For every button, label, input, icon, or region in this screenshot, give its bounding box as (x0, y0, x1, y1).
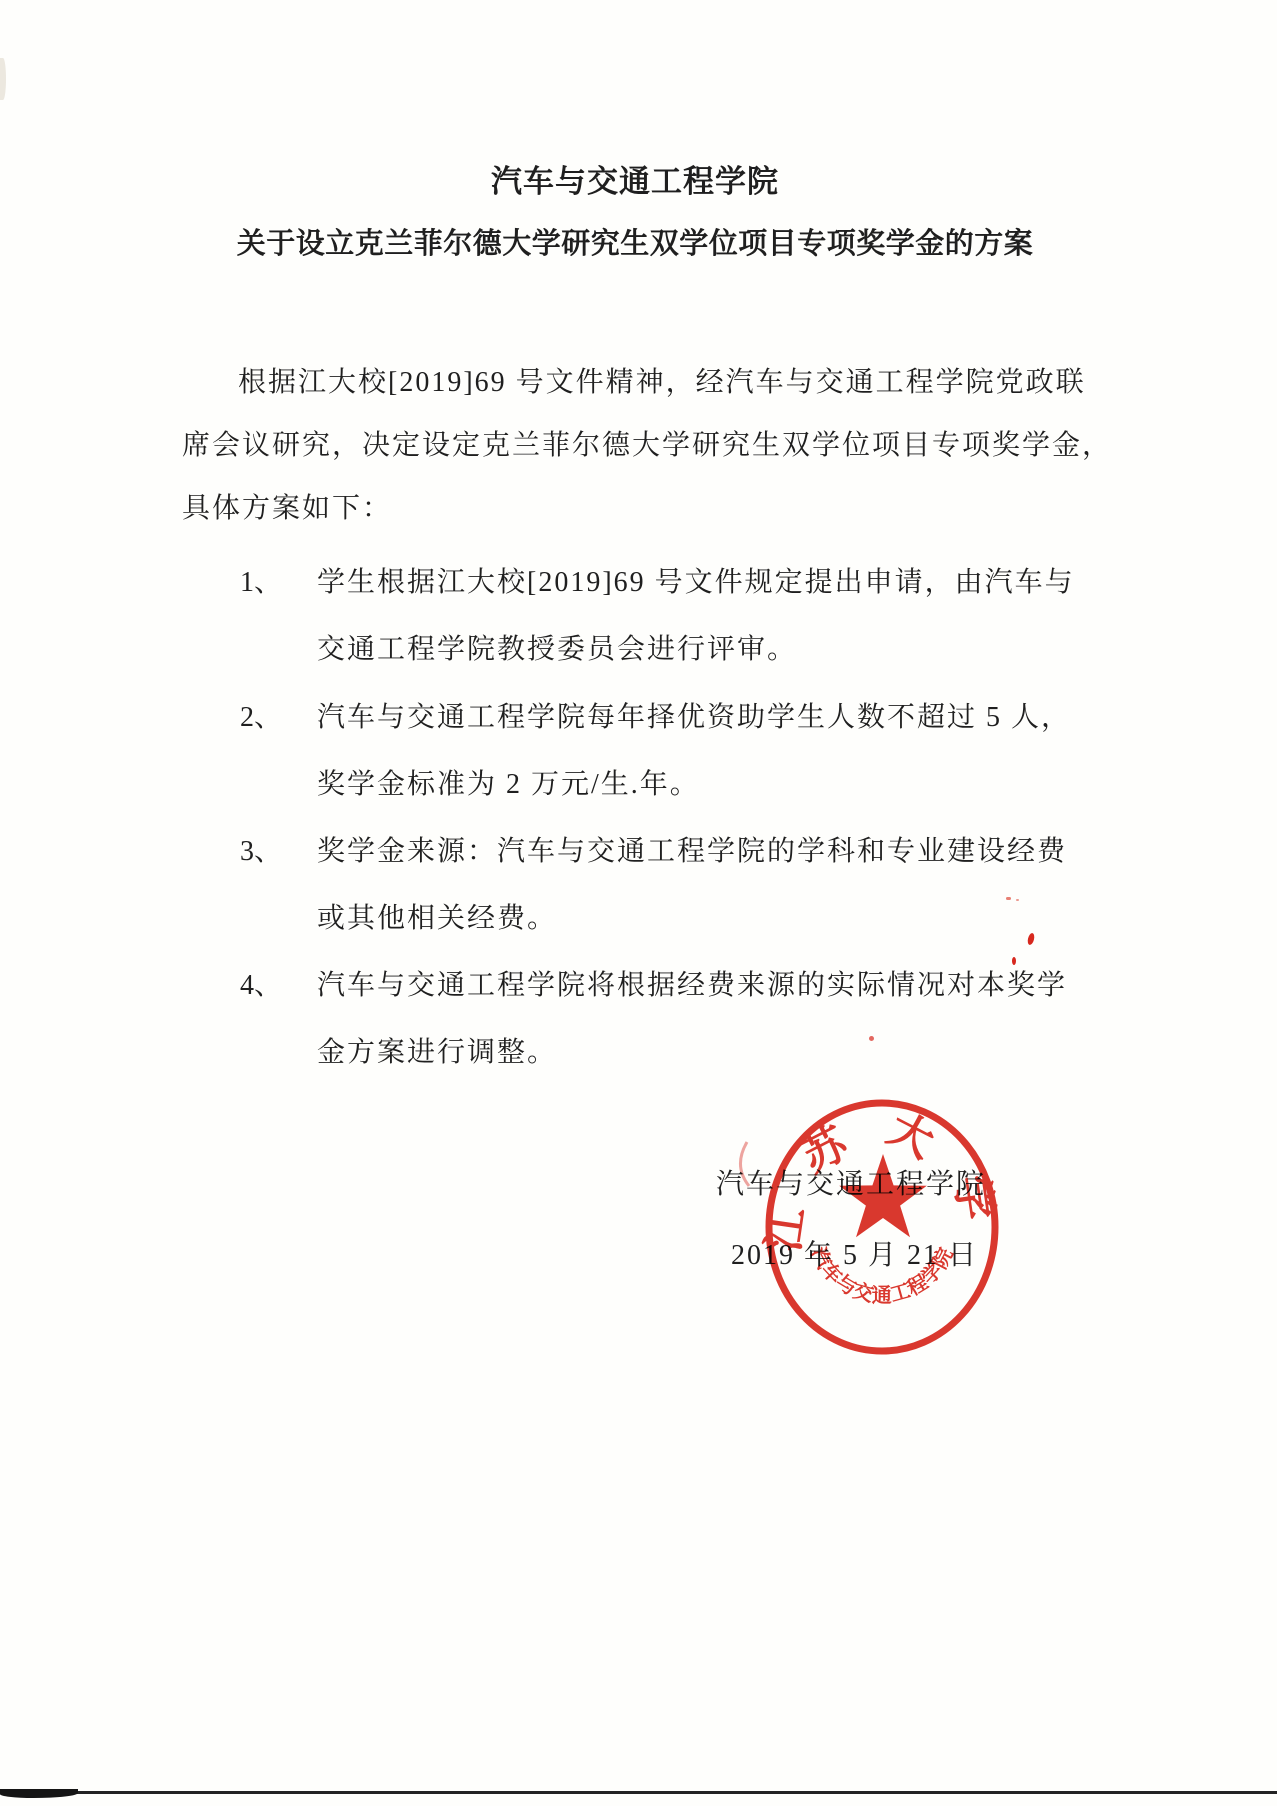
scan-artifact-blob (0, 1789, 78, 1798)
page-subtitle: 关于设立克兰菲尔德大学研究生双学位项目专项奖学金的方案 (0, 221, 1270, 262)
list-item-number: 1、 (240, 566, 282, 600)
list-item-number: 2、 (240, 701, 282, 735)
seal-star (839, 1154, 927, 1237)
seal-bottom-text: 汽车与交通工程学院 (806, 1243, 958, 1306)
official-seal: 江苏大学 汽车与交通工程学院 (725, 1090, 1015, 1370)
stamp-speckle (1027, 932, 1036, 945)
list-item-line: 金方案进行调整。 (317, 1036, 557, 1070)
stamp-speckle (1012, 957, 1016, 965)
paragraph-line: 席会议研究，决定设定克兰菲尔德大学研究生双学位项目专项奖学金， (182, 429, 1112, 463)
list-item-line: 汽车与交通工程学院每年择优资助学生人数不超过 5 人， (317, 701, 1071, 735)
document-page: 汽车与交通工程学院 关于设立克兰菲尔德大学研究生双学位项目专项奖学金的方案 根据… (0, 0, 1277, 1806)
page-title: 汽车与交通工程学院 (0, 156, 1270, 201)
seal-smudge (740, 1142, 749, 1186)
stamp-speckle (1016, 899, 1019, 901)
stamp-speckle (1006, 897, 1011, 900)
list-item-line: 奖学金标准为 2 万元/生.年。 (317, 768, 700, 802)
scan-smudge (0, 58, 6, 100)
list-item-line: 交通工程学院教授委员会进行评审。 (317, 633, 797, 667)
scan-artifact-line (0, 1791, 1277, 1794)
list-item-line: 或其他相关经费。 (317, 902, 557, 936)
list-item-line: 学生根据江大校[2019]69 号文件规定提出申请，由汽车与 (317, 566, 1075, 600)
paragraph-line: 根据江大校[2019]69 号文件精神，经汽车与交通工程学院党政联 (238, 366, 1086, 400)
list-item-line: 汽车与交通工程学院将根据经费来源的实际情况对本奖学 (317, 969, 1067, 1003)
stamp-speckle (869, 1036, 874, 1041)
list-item-number: 4、 (240, 969, 282, 1003)
list-item-number: 3、 (240, 835, 282, 869)
paragraph-line: 具体方案如下： (182, 492, 392, 526)
list-item-line: 奖学金来源：汽车与交通工程学院的学科和专业建设经费 (317, 835, 1067, 869)
